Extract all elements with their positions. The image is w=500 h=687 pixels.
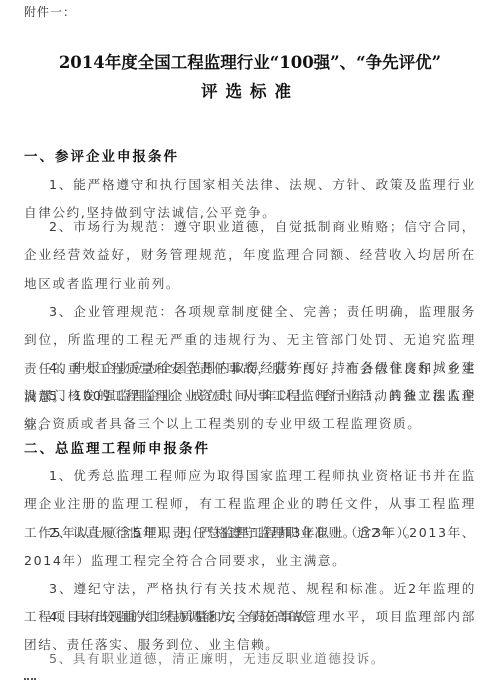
engineer-item-5: 5、具有职业道德，清正廉明，无违反职业道德投诉。 [24, 645, 476, 673]
section-heading-chief-engineer: 二、总监理工程师申报条件 [24, 437, 210, 457]
section-heading-enterprise: 一、参评企业申报条件 [24, 145, 179, 165]
document-title-line1: 2014年度全国工程监理行业“100强”、“争先评优” [0, 49, 500, 73]
enterprise-item-2: 2、市场行为规范：遵守职业道德，自觉抵制商业贿赂；信守合同，企业经营效益好，财务… [24, 213, 476, 298]
engineer-item-2: 2、认真履行监理职责，严格遵守监理职业准则。近2年（2013年、2014年）监理… [24, 519, 476, 576]
page-mark [24, 678, 36, 682]
document-page: 附件一： 2014年度全国工程监理行业“100强”、“争先评优” 评选标准 一、… [0, 0, 500, 687]
enterprise-item-5: 5、100强监理企业：成立时间十年以上（含十年），具备工程监理综合资质或者具备三… [24, 382, 476, 439]
attachment-label: 附件一： [24, 3, 76, 20]
document-title-line2: 评选标准 [0, 78, 500, 102]
